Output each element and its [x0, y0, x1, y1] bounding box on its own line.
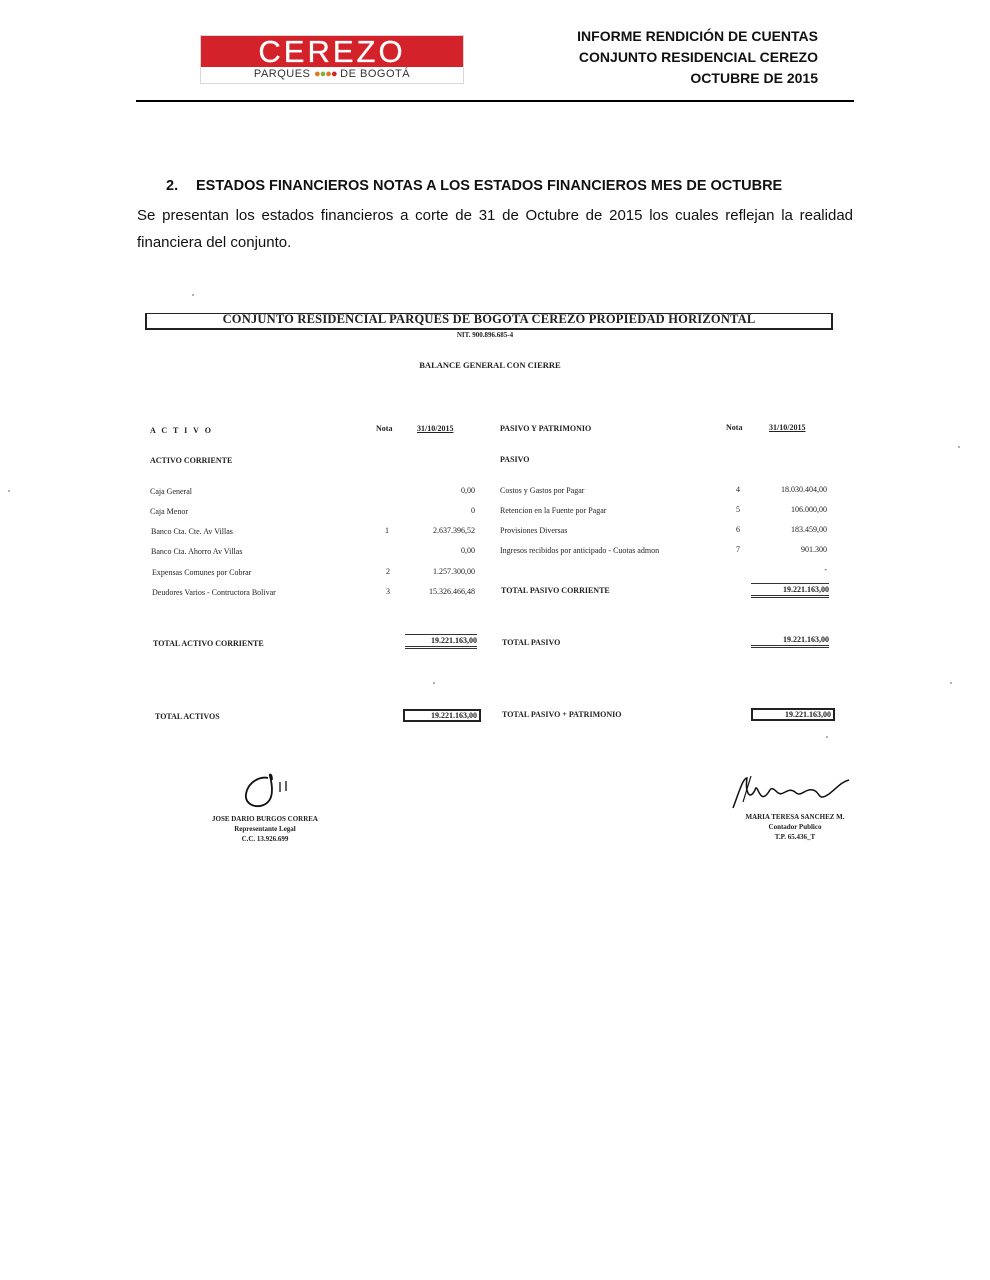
- signature-accountant: MARIA TERESA SANCHEZ M. Contador Publico…: [715, 772, 875, 842]
- liabilities-heading: PASIVO Y PATRIMONIO: [500, 424, 591, 433]
- total-activo-corriente-label: TOTAL ACTIVO CORRIENTE: [153, 639, 264, 648]
- total-pasivo-label: TOTAL PASIVO: [502, 638, 560, 647]
- row-value: 901.300: [745, 545, 827, 554]
- row-nota: 1: [369, 526, 389, 535]
- signer-id: C.C. 13.926.699: [190, 834, 340, 844]
- row-nota: 6: [720, 525, 740, 534]
- signer-role: Contador Publico: [715, 822, 875, 832]
- liabilities-nota-header: Nota: [726, 423, 742, 432]
- scan-speck: [433, 682, 435, 684]
- total-pasivo-patrimonio-label: TOTAL PASIVO + PATRIMONIO: [502, 710, 621, 719]
- row-value: 2.637.396,52: [395, 526, 475, 535]
- entity-name: CONJUNTO RESIDENCIAL PARQUES DE BOGOTA C…: [147, 312, 831, 327]
- row-nota: 7: [720, 545, 740, 554]
- row-label: Ingresos recibidos por anticipado - Cuot…: [500, 546, 659, 555]
- signer-id: T.P. 65.436_T: [715, 832, 875, 842]
- entity-banner: CONJUNTO RESIDENCIAL PARQUES DE BOGOTA C…: [145, 313, 833, 330]
- total-pasivo-corriente-label: TOTAL PASIVO CORRIENTE: [501, 586, 610, 595]
- row-nota: 4: [720, 485, 740, 494]
- row-value: 15.326.466,48: [395, 587, 475, 596]
- assets-subheading: ACTIVO CORRIENTE: [150, 456, 232, 465]
- liabilities-date-header: 31/10/2015: [769, 423, 805, 432]
- row-label: Provisiones Diversas: [500, 526, 567, 535]
- statement-title: BALANCE GENERAL CON CIERRE: [340, 360, 640, 370]
- scan-speck: [950, 682, 952, 684]
- liabilities-subheading: PASIVO: [500, 455, 529, 464]
- assets-heading: A C T I V O: [150, 426, 213, 435]
- signature-scribble-icon: [220, 772, 310, 814]
- row-value: 0,00: [395, 486, 475, 495]
- row-nota: 2: [370, 567, 390, 576]
- signer-name: JOSE DARIO BURGOS CORREA: [190, 814, 340, 824]
- scan-speck: [826, 736, 828, 738]
- signer-name: MARIA TERESA SANCHEZ M.: [715, 812, 875, 822]
- row-value: 0,00: [395, 546, 475, 555]
- row-label: Retencion en la Fuente por Pagar: [500, 506, 606, 515]
- row-value: 1.257.300,00: [395, 567, 475, 576]
- scan-speck: [192, 294, 194, 296]
- row-nota: 3: [370, 587, 390, 596]
- row-nota: 5: [720, 505, 740, 514]
- total-activo-corriente-value: 19.221.163,00: [405, 634, 477, 649]
- balance-sheet-scan: CONJUNTO RESIDENCIAL PARQUES DE BOGOTA C…: [0, 0, 990, 1280]
- row-label: Caja General: [150, 487, 192, 496]
- assets-nota-header: Nota: [376, 424, 392, 433]
- row-label: Deudores Varios - Contructora Bolivar: [152, 588, 276, 597]
- entity-nit: NIT. 900.896.685-4: [360, 331, 610, 339]
- total-activos-label: TOTAL ACTIVOS: [155, 712, 220, 721]
- scan-speck: [8, 490, 10, 492]
- row-value: 0: [395, 506, 475, 515]
- row-label: Banco Cta. Cte. Av Villas: [151, 527, 233, 536]
- total-pasivo-corriente-value: 19.221.163,00: [751, 583, 829, 598]
- row-value: 183.459,00: [745, 525, 827, 534]
- total-pasivo-patrimonio-value: 19.221.163,00: [751, 708, 835, 721]
- row-label: Costos y Gastos por Pagar: [500, 486, 584, 495]
- row-value: -: [745, 565, 827, 574]
- signer-role: Representante Legal: [190, 824, 340, 834]
- row-value: 18.030.404,00: [745, 485, 827, 494]
- total-activos-value: 19.221.163,00: [403, 709, 481, 722]
- total-pasivo-value: 19.221.163,00: [751, 635, 829, 648]
- signature-legal-representative: JOSE DARIO BURGOS CORREA Representante L…: [190, 772, 340, 844]
- row-value: 106.000,00: [745, 505, 827, 514]
- signature-scribble-icon: [725, 772, 865, 812]
- assets-date-header: 31/10/2015: [417, 424, 453, 433]
- row-label: Expensas Comunes por Cobrar: [152, 568, 251, 577]
- row-label: Banco Cta. Ahorro Av Villas: [151, 547, 242, 556]
- scan-speck: [958, 446, 960, 448]
- row-label: Caja Menor: [150, 507, 188, 516]
